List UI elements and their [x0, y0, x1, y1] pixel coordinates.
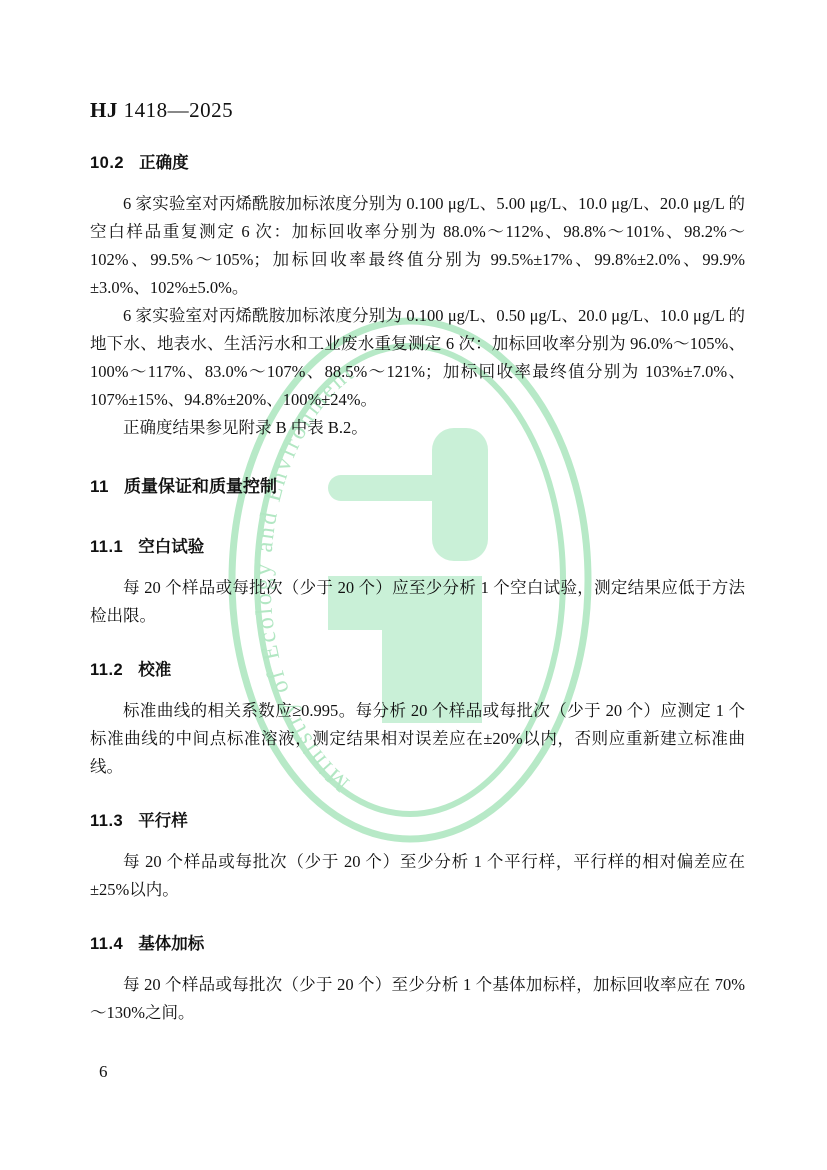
- section-heading-11: 11质量保证和质量控制: [90, 472, 745, 497]
- paragraph: 标准曲线的相关系数应≥0.995。每分析 20 个样品或每批次（少于 20 个）…: [90, 697, 745, 781]
- section-title: 空白试验: [138, 538, 204, 556]
- standard-prefix: HJ: [90, 98, 118, 122]
- document-page: Ministry of Ecology and Environment HJ 1…: [0, 0, 827, 1170]
- paragraph: 正确度结果参见附录 B 中表 B.2。: [90, 414, 745, 442]
- paragraph: 每 20 个样品或每批次（少于 20 个）至少分析 1 个平行样，平行样的相对偏…: [90, 848, 745, 904]
- paragraph: 每 20 个样品或每批次（少于 20 个）应至少分析 1 个空白试验，测定结果应…: [90, 574, 745, 630]
- section-heading-11.1: 11.1空白试验: [90, 533, 745, 557]
- section-title: 基体加标: [138, 935, 204, 953]
- section-heading-10.2: 10.2正确度: [90, 149, 745, 173]
- section-title: 校准: [138, 661, 171, 679]
- section-heading-11.4: 11.4基体加标: [90, 930, 745, 954]
- standard-number-header: HJ 1418—2025: [90, 98, 745, 123]
- page-content: HJ 1418—2025 10.2正确度6 家实验室对丙烯酰胺加标浓度分别为 0…: [0, 0, 827, 1027]
- paragraph: 每 20 个样品或每批次（少于 20 个）至少分析 1 个基体加标样，加标回收率…: [90, 971, 745, 1027]
- section-number: 11.2: [90, 661, 123, 680]
- section-number: 11.4: [90, 935, 123, 954]
- standard-code: 1418—2025: [124, 98, 234, 122]
- section-title: 正确度: [139, 154, 189, 172]
- section-heading-11.2: 11.2校准: [90, 656, 745, 680]
- section-number: 11: [90, 477, 109, 497]
- section-title: 平行样: [138, 812, 188, 830]
- section-number: 11.1: [90, 538, 123, 557]
- section-number: 10.2: [90, 154, 124, 173]
- sections-container: 10.2正确度6 家实验室对丙烯酰胺加标浓度分别为 0.100 μg/L、5.0…: [90, 149, 745, 1027]
- paragraph: 6 家实验室对丙烯酰胺加标浓度分别为 0.100 μg/L、5.00 μg/L、…: [90, 190, 745, 302]
- paragraph: 6 家实验室对丙烯酰胺加标浓度分别为 0.100 μg/L、0.50 μg/L、…: [90, 302, 745, 414]
- section-number: 11.3: [90, 812, 123, 831]
- section-heading-11.3: 11.3平行样: [90, 807, 745, 831]
- page-number: 6: [99, 1062, 108, 1082]
- section-title: 质量保证和质量控制: [124, 477, 277, 496]
